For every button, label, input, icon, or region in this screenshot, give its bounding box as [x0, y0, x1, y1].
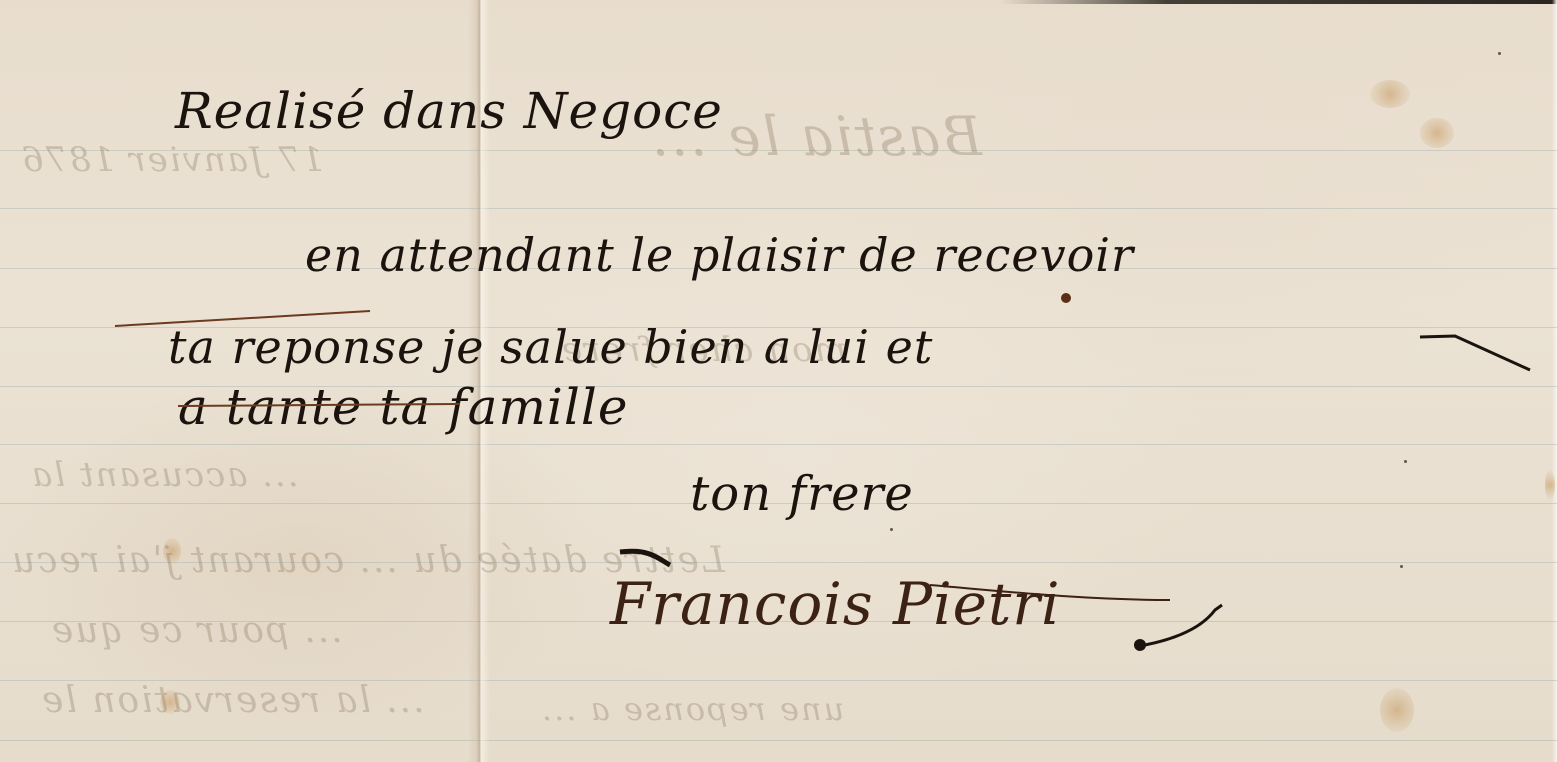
ruled-line: [0, 208, 1557, 209]
bleed-through-text: ... accusant la: [30, 455, 299, 495]
paper-top-edge-shadow: [1000, 0, 1557, 4]
ruled-line: [0, 444, 1557, 445]
bleed-through-text: 17 Janvier 1876: [20, 140, 324, 180]
ink-blot: [1134, 639, 1146, 651]
letter-closing: ton frere: [690, 466, 914, 522]
bleed-through-text: ... la reservation le: [40, 680, 425, 721]
foxing-stain: [1420, 118, 1454, 148]
letter-page: 17 Janvier 1876 Bastia le ... mon cher f…: [0, 0, 1557, 762]
bleed-through-text: une reponse a ...: [540, 690, 844, 728]
ink-speck: [1400, 565, 1403, 568]
letter-line-3: ta reponse je salue bien a lui et: [168, 320, 933, 374]
signature: Francois Pietri: [610, 570, 1061, 638]
foxing-stain: [1380, 688, 1414, 732]
ruled-line: [0, 740, 1557, 741]
foxing-stain: [1370, 80, 1410, 108]
ink-speck: [1498, 52, 1501, 55]
ink-blot: [1061, 293, 1071, 303]
letter-line-4: a tante ta famille: [178, 378, 628, 436]
foxing-stain: [1545, 470, 1555, 500]
letter-line-1: Realisé dans Negoce: [175, 82, 723, 140]
bleed-through-text: ... pour ce que: [50, 610, 343, 651]
paper-right-edge: [1552, 0, 1557, 762]
signature-flourish: [1145, 605, 1222, 645]
flourish-stroke: [1420, 336, 1530, 370]
ink-speck: [1404, 460, 1407, 463]
letter-line-2: en attendant le plaisir de recevoir: [305, 228, 1134, 282]
ink-speck: [890, 528, 893, 531]
